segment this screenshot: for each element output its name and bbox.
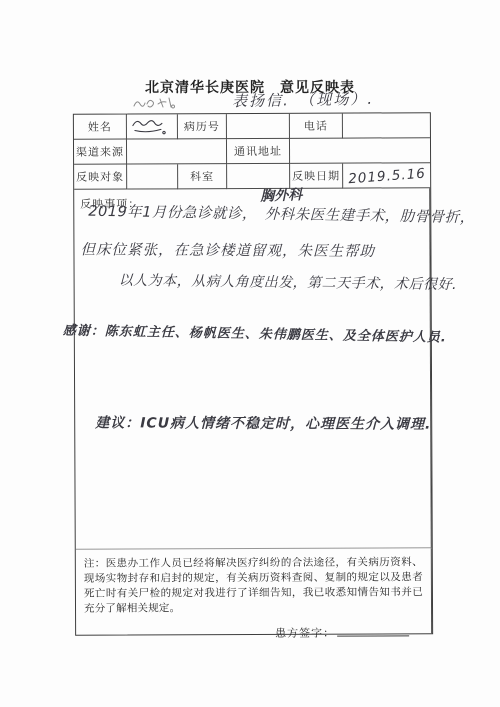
- signature-row: 患方签字：: [84, 624, 423, 641]
- signature-blank-line: [337, 625, 409, 636]
- feedback-line-2: 但床位紧张，在急诊楼道留观，朱医生帮助: [80, 243, 375, 261]
- dept-label: 科室: [178, 164, 227, 189]
- note-area: 注：医患办工作人员已经将解决医疗纠纷的合法途径，有关病历资料、现场实物封存和启封…: [76, 548, 432, 635]
- feedback-area: 反映事项： 胸外科 2019年1月份急诊就诊， 外科朱医生建手术，肋骨骨折， 但…: [74, 188, 432, 550]
- praise-note-handwriting: 表扬信. （现场）.: [232, 91, 374, 110]
- name-value-scribble: [127, 114, 178, 139]
- form-table: 姓名 病历号 电话 渠道来源 通讯地址 反映对象 科室 反映日期 2019.5.…: [73, 112, 433, 636]
- legal-note-text: 注：医患办工作人员已经将解决医疗纠纷的合法途径，有关病历资料、现场实物封存和启封…: [84, 555, 423, 616]
- scribble-icon: [131, 95, 179, 111]
- feedback-dept-insert: 胸外科: [260, 188, 303, 205]
- address-label: 通讯地址: [227, 139, 290, 164]
- phone-value: [343, 113, 430, 138]
- thanks-line: 感谢：陈东虹主任、杨帆医生、朱伟鹏医生、及全体医护人员.: [63, 324, 447, 345]
- scanned-feedback-form: 北京清华长庚医院 意见反映表 表扬信. （现场）. 姓名 病历号 电话 渠道来源…: [0, 0, 500, 707]
- mrn-value: [227, 114, 290, 139]
- suggestion-line: 建议：ICU病人情绪不稳定时，心理医生介入调理.: [95, 416, 431, 433]
- dept-value: [227, 164, 290, 189]
- feedback-line-3: 以人为本，从病人角度出发，第二天手术，术后很好.: [119, 274, 458, 294]
- scribble-icon: [130, 116, 174, 136]
- date-handwriting: 2019.5.16: [347, 164, 426, 187]
- date-value: 2019.5.16: [343, 163, 430, 188]
- channel-value: [127, 139, 227, 164]
- feedback-line-1: 2019年1月份急诊就诊， 外科朱医生建手术，肋骨骨折，: [88, 205, 475, 227]
- handwritten-scribble-annotation: [131, 95, 179, 111]
- channel-label: 渠道来源: [74, 140, 127, 165]
- phone-label: 电话: [290, 114, 343, 139]
- signature-label: 患方签字：: [275, 628, 335, 640]
- target-value: [127, 164, 178, 189]
- date-label: 反映日期: [290, 164, 343, 189]
- mrn-label: 病历号: [178, 114, 227, 139]
- name-label: 姓名: [74, 115, 127, 140]
- target-label: 反映对象: [74, 165, 127, 190]
- address-value: [290, 138, 430, 164]
